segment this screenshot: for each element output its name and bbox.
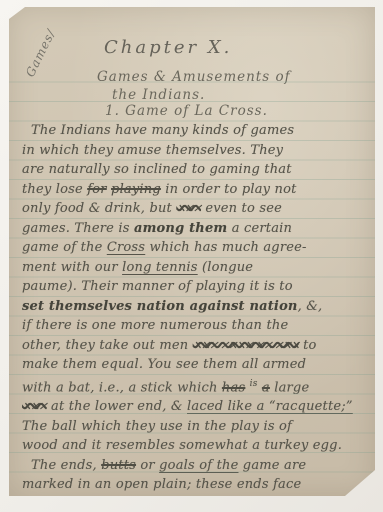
manuscript-line: ment with our long tennis (longue bbox=[22, 258, 370, 278]
manuscript-text-segment: at the lower end, & bbox=[47, 399, 187, 414]
manuscript-line: paume). Their manner of playing it is to bbox=[22, 277, 370, 297]
manuscript-line: The ends, butts or goals of the game are bbox=[22, 456, 370, 476]
manuscript-text-segment: The ball which they use in the play is o… bbox=[22, 419, 292, 434]
manuscript-line: The Indians have many kinds of games bbox=[22, 121, 370, 141]
manuscript-text-segment: for bbox=[87, 182, 106, 197]
manuscript-text-segment: paume). Their manner of playing it is to bbox=[22, 279, 293, 294]
heading-subtitle-line1: Games & Amusements of bbox=[97, 69, 291, 85]
manuscript-text-segment: butts bbox=[101, 458, 136, 473]
manuscript-line: only food & drink, but ✕✕✕ even to see bbox=[22, 199, 370, 219]
manuscript-text-segment: ✕✕✕ ✕✕✕✕ ✕✕ ✕✕✕ bbox=[193, 339, 299, 352]
manuscript-line: games. There is among them a certain bbox=[22, 219, 370, 239]
manuscript-line: in which they amuse themselves. They bbox=[22, 141, 370, 161]
manuscript-text-segment: The ends, bbox=[31, 458, 101, 473]
manuscript-text-segment: playing bbox=[111, 182, 161, 197]
manuscript-text-segment: are naturally so inclined to gaming that bbox=[22, 162, 292, 177]
manuscript-text-segment: set themselves nation against nation bbox=[22, 299, 298, 314]
manuscript-line: they lose for playing in order to play n… bbox=[22, 180, 370, 200]
manuscript-text-segment: has bbox=[222, 380, 245, 395]
manuscript-line: wood and it resembles somewhat a turkey … bbox=[22, 436, 370, 456]
manuscript-text-segment: if there is one more numerous than the bbox=[22, 318, 288, 333]
manuscript-body: The Indians have many kinds of gamesin w… bbox=[22, 121, 370, 495]
manuscript-text-segment: which has much agree- bbox=[145, 240, 306, 255]
manuscript-text-segment: long tennis bbox=[122, 260, 198, 275]
manuscript-text-segment: a bbox=[262, 380, 270, 395]
manuscript-page: Games/ Chapter X. Games & Amusements of … bbox=[9, 7, 375, 496]
manuscript-line: The ball which they use in the play is o… bbox=[22, 417, 370, 437]
manuscript-text-segment: make them equal. You see them all armed bbox=[22, 357, 306, 372]
manuscript-text-segment: in which they amuse themselves. They bbox=[22, 143, 283, 158]
manuscript-text-segment: , &, bbox=[298, 299, 323, 314]
manuscript-text-segment: The Indians have many kinds of games bbox=[31, 123, 294, 138]
manuscript-text-segment: game are bbox=[238, 458, 306, 473]
section-title: 1. Game of La Cross. bbox=[105, 103, 268, 119]
manuscript-text-segment: laced like a “racquette;” bbox=[187, 399, 353, 414]
manuscript-text-segment: Cross bbox=[107, 240, 145, 255]
manuscript-text-segment: ✕✕✕ bbox=[22, 400, 47, 413]
heading-subtitle-line2: the Indians. bbox=[112, 87, 205, 103]
manuscript-text-segment: in order to play not bbox=[161, 182, 297, 197]
manuscript-line: game of the Cross which has much agree- bbox=[22, 238, 370, 258]
manuscript-text-segment: is bbox=[250, 379, 258, 389]
manuscript-text-segment: other, they take out men bbox=[22, 338, 193, 353]
manuscript-text-segment: with a bat, i.e., a stick which bbox=[22, 380, 222, 395]
manuscript-text-segment: among them bbox=[134, 221, 227, 236]
manuscript-text-segment: only food & drink, but bbox=[22, 201, 176, 216]
manuscript-text-segment: large bbox=[270, 380, 309, 395]
manuscript-line: set themselves nation against nation, &, bbox=[22, 297, 370, 317]
manuscript-text-segment: goals of the bbox=[159, 458, 238, 473]
manuscript-text-segment: a certain bbox=[227, 221, 292, 236]
manuscript-line: make them equal. You see them all armed bbox=[22, 355, 370, 375]
manuscript-text-segment: (longue bbox=[198, 260, 254, 275]
manuscript-text-segment: games. There is bbox=[22, 221, 134, 236]
manuscript-text-segment: ment with our bbox=[22, 260, 122, 275]
manuscript-line: are naturally so inclined to gaming that bbox=[22, 160, 370, 180]
manuscript-line: ✕✕✕ at the lower end, & laced like a “ra… bbox=[22, 397, 370, 417]
manuscript-line: other, they take out men ✕✕✕ ✕✕✕✕ ✕✕ ✕✕✕… bbox=[22, 336, 370, 356]
manuscript-text-segment: game of the bbox=[22, 240, 107, 255]
chapter-title: Chapter X. bbox=[104, 37, 232, 58]
manuscript-text-segment: even to see bbox=[201, 201, 282, 216]
manuscript-text-segment: ✕✕✕ bbox=[176, 202, 201, 215]
manuscript-text-segment: wood and it resembles somewhat a turkey … bbox=[22, 438, 342, 453]
manuscript-line: if there is one more numerous than the bbox=[22, 316, 370, 336]
manuscript-text-segment: to bbox=[299, 338, 317, 353]
manuscript-text-segment: they lose bbox=[22, 182, 87, 197]
manuscript-line: with a bat, i.e., a stick which has is a… bbox=[22, 375, 370, 398]
pencil-margin-annotation: Games/ bbox=[23, 27, 58, 79]
manuscript-text-segment: marked in an open plain; these ends face bbox=[22, 477, 301, 492]
manuscript-text-segment: or bbox=[136, 458, 159, 473]
manuscript-line: marked in an open plain; these ends face bbox=[22, 475, 370, 495]
